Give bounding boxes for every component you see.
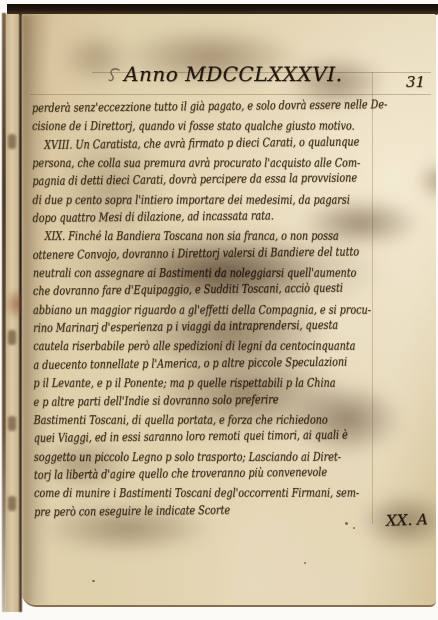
stitch-mark [8,416,16,431]
ink-stain [38,502,214,554]
ink-stain [60,30,132,86]
manuscript-page: Anno MDCCLXXXVI. 31 perderà senz'eccezzi… [22,14,436,607]
page-number: 31 [406,73,425,91]
foxing-speck [345,522,348,525]
ink-stain [118,26,303,88]
scanned-book-page: Anno MDCCLXXXVI. 31 perderà senz'eccezzi… [0,0,438,620]
stitch-mark [8,496,16,511]
stitch-mark [8,134,16,149]
ink-stain [284,54,388,110]
stitch-mark [8,330,16,345]
ink-stain [418,162,436,200]
foxing-speck [92,580,95,582]
text-line: perderà senz'eccezzione tutto il già pag… [32,96,315,117]
ink-stain [56,132,166,242]
foxing-speck [353,527,355,529]
foxing-speck [304,562,306,564]
ink-stain [358,492,436,550]
ink-stain [34,438,132,490]
ink-stain [288,382,404,456]
